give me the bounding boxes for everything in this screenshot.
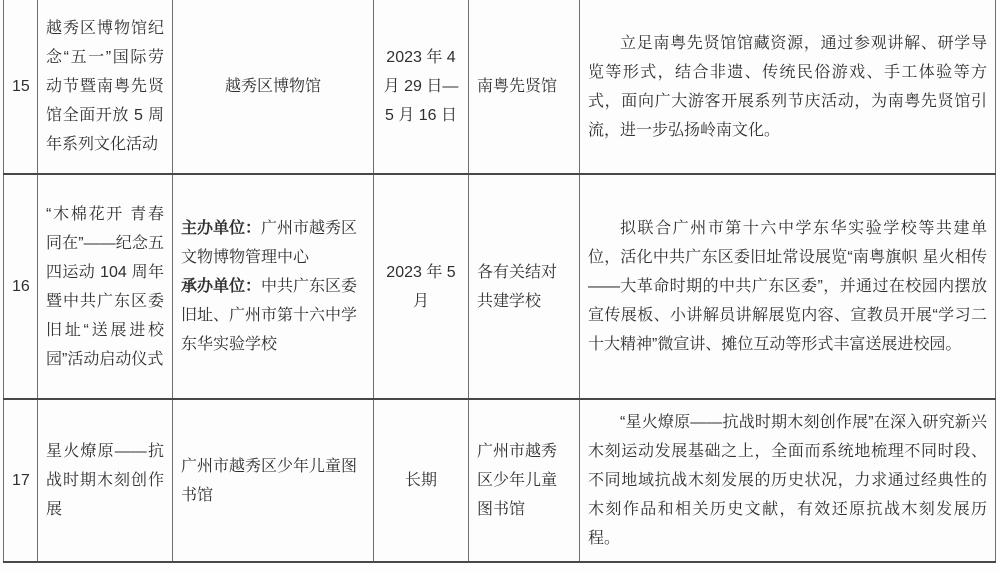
activity-date: 2023 年 5 月 — [374, 174, 469, 399]
organizer: 主办单位：广州市越秀区文物博物管理中心 承办单位：中共广东区委旧址、广州市第十六… — [173, 174, 374, 399]
row-number: 17 — [4, 399, 38, 562]
activity-name: 越秀区博物馆纪念“五一”国际劳动节暨南粤先贤馆全面开放 5 周年系列文化活动 — [38, 0, 173, 174]
description-paragraph: 拟联合广州市第十六中学东华实验学校等共建单位，活化中共广东区委旧址常设展览“南粤… — [588, 214, 987, 359]
activity-name: “木棉花开 青春同在”——纪念五四运动 104 周年暨中共广东区委旧址“送展进校… — [38, 174, 173, 399]
organizer: 广州市越秀区少年儿童图书馆 — [173, 399, 374, 562]
activity-description: “星火燎原——抗战时期木刻创作展”在深入研究新兴木刻运动发展基础之上，全面而系统… — [580, 399, 996, 562]
activity-venue: 各有关结对共建学校 — [469, 174, 580, 399]
organizer-undertaker-line: 承办单位：中共广东区委旧址、广州市第十六中学东华实验学校 — [181, 272, 365, 359]
activity-description: 立足南粤先贤馆馆藏资源，通过参观讲解、研学导览等形式，结合非遗、传统民俗游戏、手… — [580, 0, 996, 174]
description-paragraph: “星火燎原——抗战时期木刻创作展”在深入研究新兴木刻运动发展基础之上，全面而系统… — [588, 408, 987, 553]
activity-description: 拟联合广州市第十六中学东华实验学校等共建单位，活化中共广东区委旧址常设展览“南粤… — [580, 174, 996, 399]
row-number: 16 — [4, 174, 38, 399]
organizer-undertaker-label: 承办单位： — [181, 278, 261, 295]
organizer-host-label: 主办单位： — [181, 220, 261, 237]
activity-date: 长期 — [374, 399, 469, 562]
organizer-host-line: 主办单位：广州市越秀区文物博物管理中心 — [181, 214, 365, 272]
events-table: 15 越秀区博物馆纪念“五一”国际劳动节暨南粤先贤馆全面开放 5 周年系列文化活… — [3, 0, 996, 563]
activity-venue: 南粤先贤馆 — [469, 0, 580, 174]
document-page: 15 越秀区博物馆纪念“五一”国际劳动节暨南粤先贤馆全面开放 5 周年系列文化活… — [0, 0, 1000, 572]
activity-date: 2023 年 4 月 29 日—5 月 16 日 — [374, 0, 469, 174]
table-row: 15 越秀区博物馆纪念“五一”国际劳动节暨南粤先贤馆全面开放 5 周年系列文化活… — [4, 0, 996, 174]
organizer: 越秀区博物馆 — [173, 0, 374, 174]
table-row: 17 星火燎原——抗战时期木刻创作展 广州市越秀区少年儿童图书馆 长期 广州市越… — [4, 399, 996, 562]
activity-name: 星火燎原——抗战时期木刻创作展 — [38, 399, 173, 562]
description-paragraph: 立足南粤先贤馆馆藏资源，通过参观讲解、研学导览等形式，结合非遗、传统民俗游戏、手… — [588, 29, 987, 145]
activity-venue: 广州市越秀区少年儿童图书馆 — [469, 399, 580, 562]
table-row: 16 “木棉花开 青春同在”——纪念五四运动 104 周年暨中共广东区委旧址“送… — [4, 174, 996, 399]
row-number: 15 — [4, 0, 38, 174]
